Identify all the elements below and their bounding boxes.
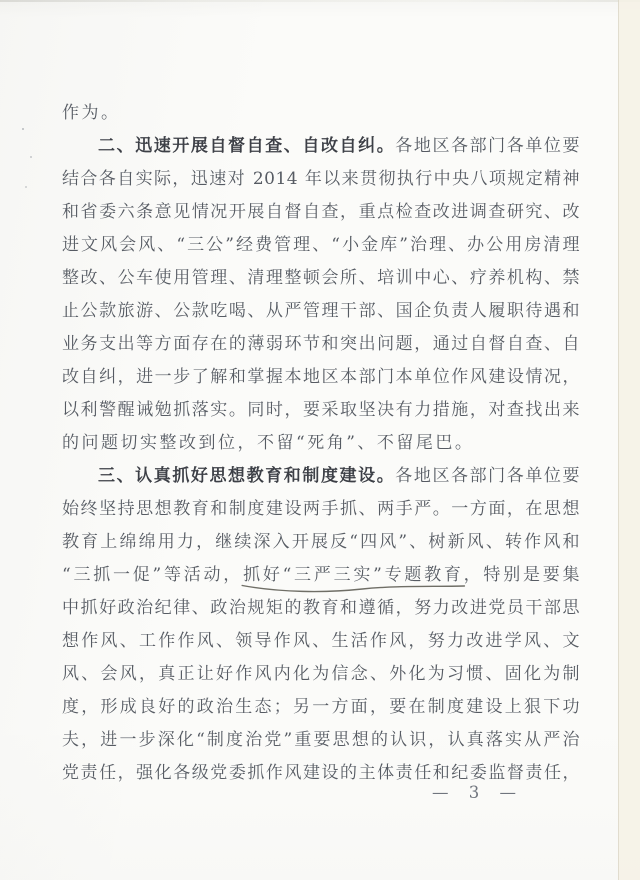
section-heading-line: 三、认真抓好思想教育和制度建设。各地区各部门各单位要 xyxy=(62,460,580,493)
text-segment: 业务支出等方面存在的薄弱环节和突出问题，通过自督自查、自 xyxy=(62,334,580,354)
text-segment: 改自纠，进一步了解和掌握本地区本部门本单位作风建设情况， xyxy=(62,367,580,387)
section-heading-line: 二、迅速开展自督自查、自改自纠。各地区各部门各单位要 xyxy=(62,130,580,163)
text-line: 中抓好政治纪律、政治规矩的教育和遵循，努力改进党员干部思 xyxy=(62,592,580,625)
text-line: 夫，进一步深化“制度治党”重要思想的认识，认真落实从严治 xyxy=(62,724,580,757)
text-segment: 各地区各部门各单位要 xyxy=(395,466,580,486)
scan-top-edge xyxy=(0,0,640,2)
text-segment: 想作风、工作作风、领导作风、生活作风，努力改进学风、文 xyxy=(62,631,580,651)
text-line: 的问题切实整改到位，不留“死角”、不留尾巴。 xyxy=(62,427,580,460)
section-heading-text: 二、迅速开展自督自查、自改自纠。 xyxy=(98,136,395,156)
text-line: 教育上绵绵用力，继续深入开展反“四风”、树新风、转作风和 xyxy=(62,526,580,559)
scanned-document-page: 作为。二、迅速开展自督自查、自改自纠。各地区各部门各单位要结合各自实际，迅速对 … xyxy=(0,0,640,880)
text-segment: 党责任，强化各级党委抓作风建设的主体责任和纪委监督责任， xyxy=(62,763,580,783)
text-segment: 的问题切实整改到位，不留“死角”、不留尾巴。 xyxy=(62,433,474,453)
text-segment: 和省委六条意见情况开展自督自查，重点检查改进调查研究、改 xyxy=(62,202,580,222)
text-segment: “三抓一促”等活动， xyxy=(62,565,243,585)
text-line: 止公款旅游、公款吃喝、从严管理干部、国企负责人履职待遇和 xyxy=(62,295,580,328)
text-segment: 中抓好政治纪律、政治规矩的教育和遵循，努力改进党员干部思 xyxy=(62,598,580,618)
text-line: 进文风会风、“三公”经费管理、“小金库”治理、办公用房清理 xyxy=(62,229,580,262)
text-segment: 作为。 xyxy=(62,103,121,123)
text-line: “三抓一促”等活动，抓好“三严三实”专题教育，特别是要集 xyxy=(62,559,580,592)
text-segment: 结合各自实际，迅速对 2014 年以来贯彻执行中央八项规定精神 xyxy=(62,169,580,189)
scan-edge xyxy=(618,0,640,880)
text-segment: 各地区各部门各单位要 xyxy=(395,136,580,156)
text-segment: 整改、公车使用管理、清理整顿会所、培训中心、疗养机构、禁 xyxy=(62,268,580,288)
text-segment: 进文风会风、“三公”经费管理、“小金库”治理、办公用房清理 xyxy=(62,235,580,255)
text-line: 以利警醒诫勉抓落实。同时，要采取坚决有力措施，对查找出来 xyxy=(62,394,580,427)
text-line: 始终坚持思想教育和制度建设两手抓、两手严。一方面，在思想 xyxy=(62,493,580,526)
text-line: 风、会风，真正让好作风内化为信念、外化为习惯、固化为制 xyxy=(62,658,580,691)
text-line: 度，形成良好的政治生态；另一方面，要在制度建设上狠下功 xyxy=(62,691,580,724)
text-line: 作为。 xyxy=(62,97,580,130)
text-line: 改自纠，进一步了解和掌握本地区本部门本单位作风建设情况， xyxy=(62,361,580,394)
page-number: — 3 — xyxy=(62,783,520,802)
paper-speckle xyxy=(22,128,24,130)
text-line: 结合各自实际，迅速对 2014 年以来贯彻执行中央八项规定精神 xyxy=(62,163,580,196)
text-segment: 教育上绵绵用力，继续深入开展反“四风”、树新风、转作风和 xyxy=(62,532,580,552)
text-segment: 止公款旅游、公款吃喝、从严管理干部、国企负责人履职待遇和 xyxy=(62,301,580,321)
document-body: 作为。二、迅速开展自督自查、自改自纠。各地区各部门各单位要结合各自实际，迅速对 … xyxy=(62,97,580,790)
text-line: 和省委六条意见情况开展自督自查，重点检查改进调查研究、改 xyxy=(62,196,580,229)
text-segment: 度，形成良好的政治生态；另一方面，要在制度建设上狠下功 xyxy=(62,697,580,717)
text-segment: ，特别是要集 xyxy=(464,565,580,585)
text-line: 想作风、工作作风、领导作风、生活作风，努力改进学风、文 xyxy=(62,625,580,658)
text-segment: 夫，进一步深化“制度治党”重要思想的认识，认真落实从严治 xyxy=(62,730,580,750)
text-segment: 风、会风，真正让好作风内化为信念、外化为习惯、固化为制 xyxy=(62,664,580,684)
text-segment: 以利警醒诫勉抓落实。同时，要采取坚决有力措施，对查找出来 xyxy=(62,400,580,420)
text-line: 整改、公车使用管理、清理整顿会所、培训中心、疗养机构、禁 xyxy=(62,262,580,295)
text-segment: 始终坚持思想教育和制度建设两手抓、两手严。一方面，在思想 xyxy=(62,499,580,519)
underlined-text: 抓好“三严三实”专题教育 xyxy=(243,565,464,585)
section-heading-text: 三、认真抓好思想教育和制度建设。 xyxy=(98,466,395,486)
text-line: 业务支出等方面存在的薄弱环节和突出问题，通过自督自查、自 xyxy=(62,328,580,361)
